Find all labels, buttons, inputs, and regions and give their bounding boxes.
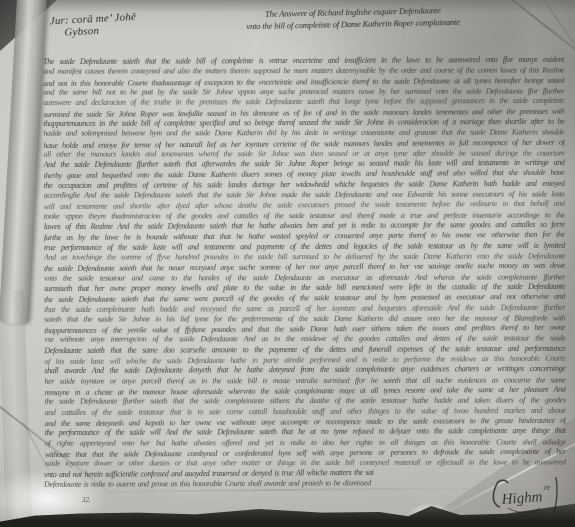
signature-name: Highm [500,489,543,508]
manuscript-body: The saide Defendaunte saieth that the sa… [43,55,566,470]
folio-mark: 32. [82,496,91,504]
manuscript-closing-line: Defendaunte is redie to auerre and proue… [44,479,374,491]
signature-underline-flourish [508,508,540,513]
counsel-signature: Highm re [488,474,570,527]
signature-superscript: re [544,483,551,492]
signature-trailing-stroke [552,477,557,521]
signature-flourish-svg: Highm re [488,474,570,526]
manuscript-photo: Jur: corã me’ Johē Gybson The Answere o… [0,0,575,527]
manuscript-closing: vnto and not herein sufficientlie confes… [44,468,374,491]
